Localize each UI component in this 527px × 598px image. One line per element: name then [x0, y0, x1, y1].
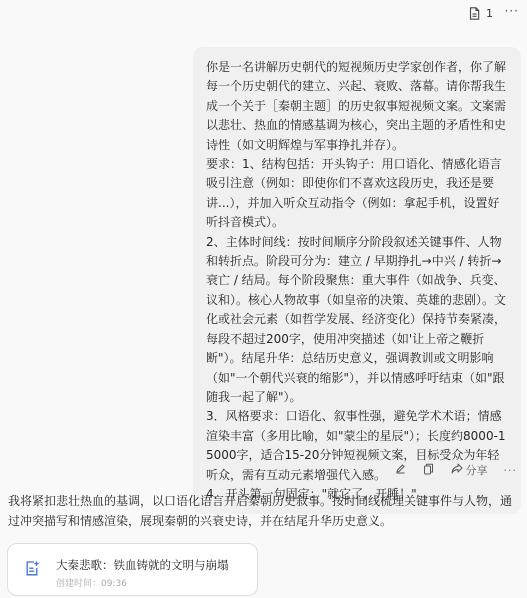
- message-more-button[interactable]: ···: [504, 462, 518, 478]
- share-label: 分享: [466, 462, 488, 478]
- copy-icon: [423, 463, 434, 478]
- document-icon: [469, 7, 480, 20]
- share-arrow-icon: [451, 463, 463, 477]
- share-button[interactable]: 分享: [451, 462, 488, 478]
- pencil-icon: [395, 463, 406, 477]
- edit-button[interactable]: [393, 462, 409, 478]
- document-edit-icon: [26, 561, 39, 580]
- copy-button[interactable]: [421, 462, 437, 478]
- document-title: 大秦悲歌：铁血铸就的文明与崩塌: [56, 557, 229, 573]
- more-options-button[interactable]: ···: [505, 4, 519, 18]
- document-count: 1: [486, 7, 493, 20]
- document-count-button[interactable]: 1: [469, 7, 493, 20]
- document-created-time: 创建时间：09:36: [56, 576, 127, 589]
- document-card[interactable]: 大秦悲歌：铁血铸就的文明与崩塌 创建时间：09:36: [7, 543, 258, 596]
- user-message-bubble: 你是一名讲解历史朝代的短视频历史学家创作者，你了解每一个历史朝代的建立、兴起、衰…: [193, 47, 521, 514]
- assistant-reply: 我将紧扣悲壮热血的基调，以口语化语言开启秦朝历史叙事。按时间线梳理关键事件与人物…: [8, 491, 523, 531]
- message-actions: 分享 ···: [393, 462, 518, 478]
- top-bar: 1 ···: [0, 0, 527, 28]
